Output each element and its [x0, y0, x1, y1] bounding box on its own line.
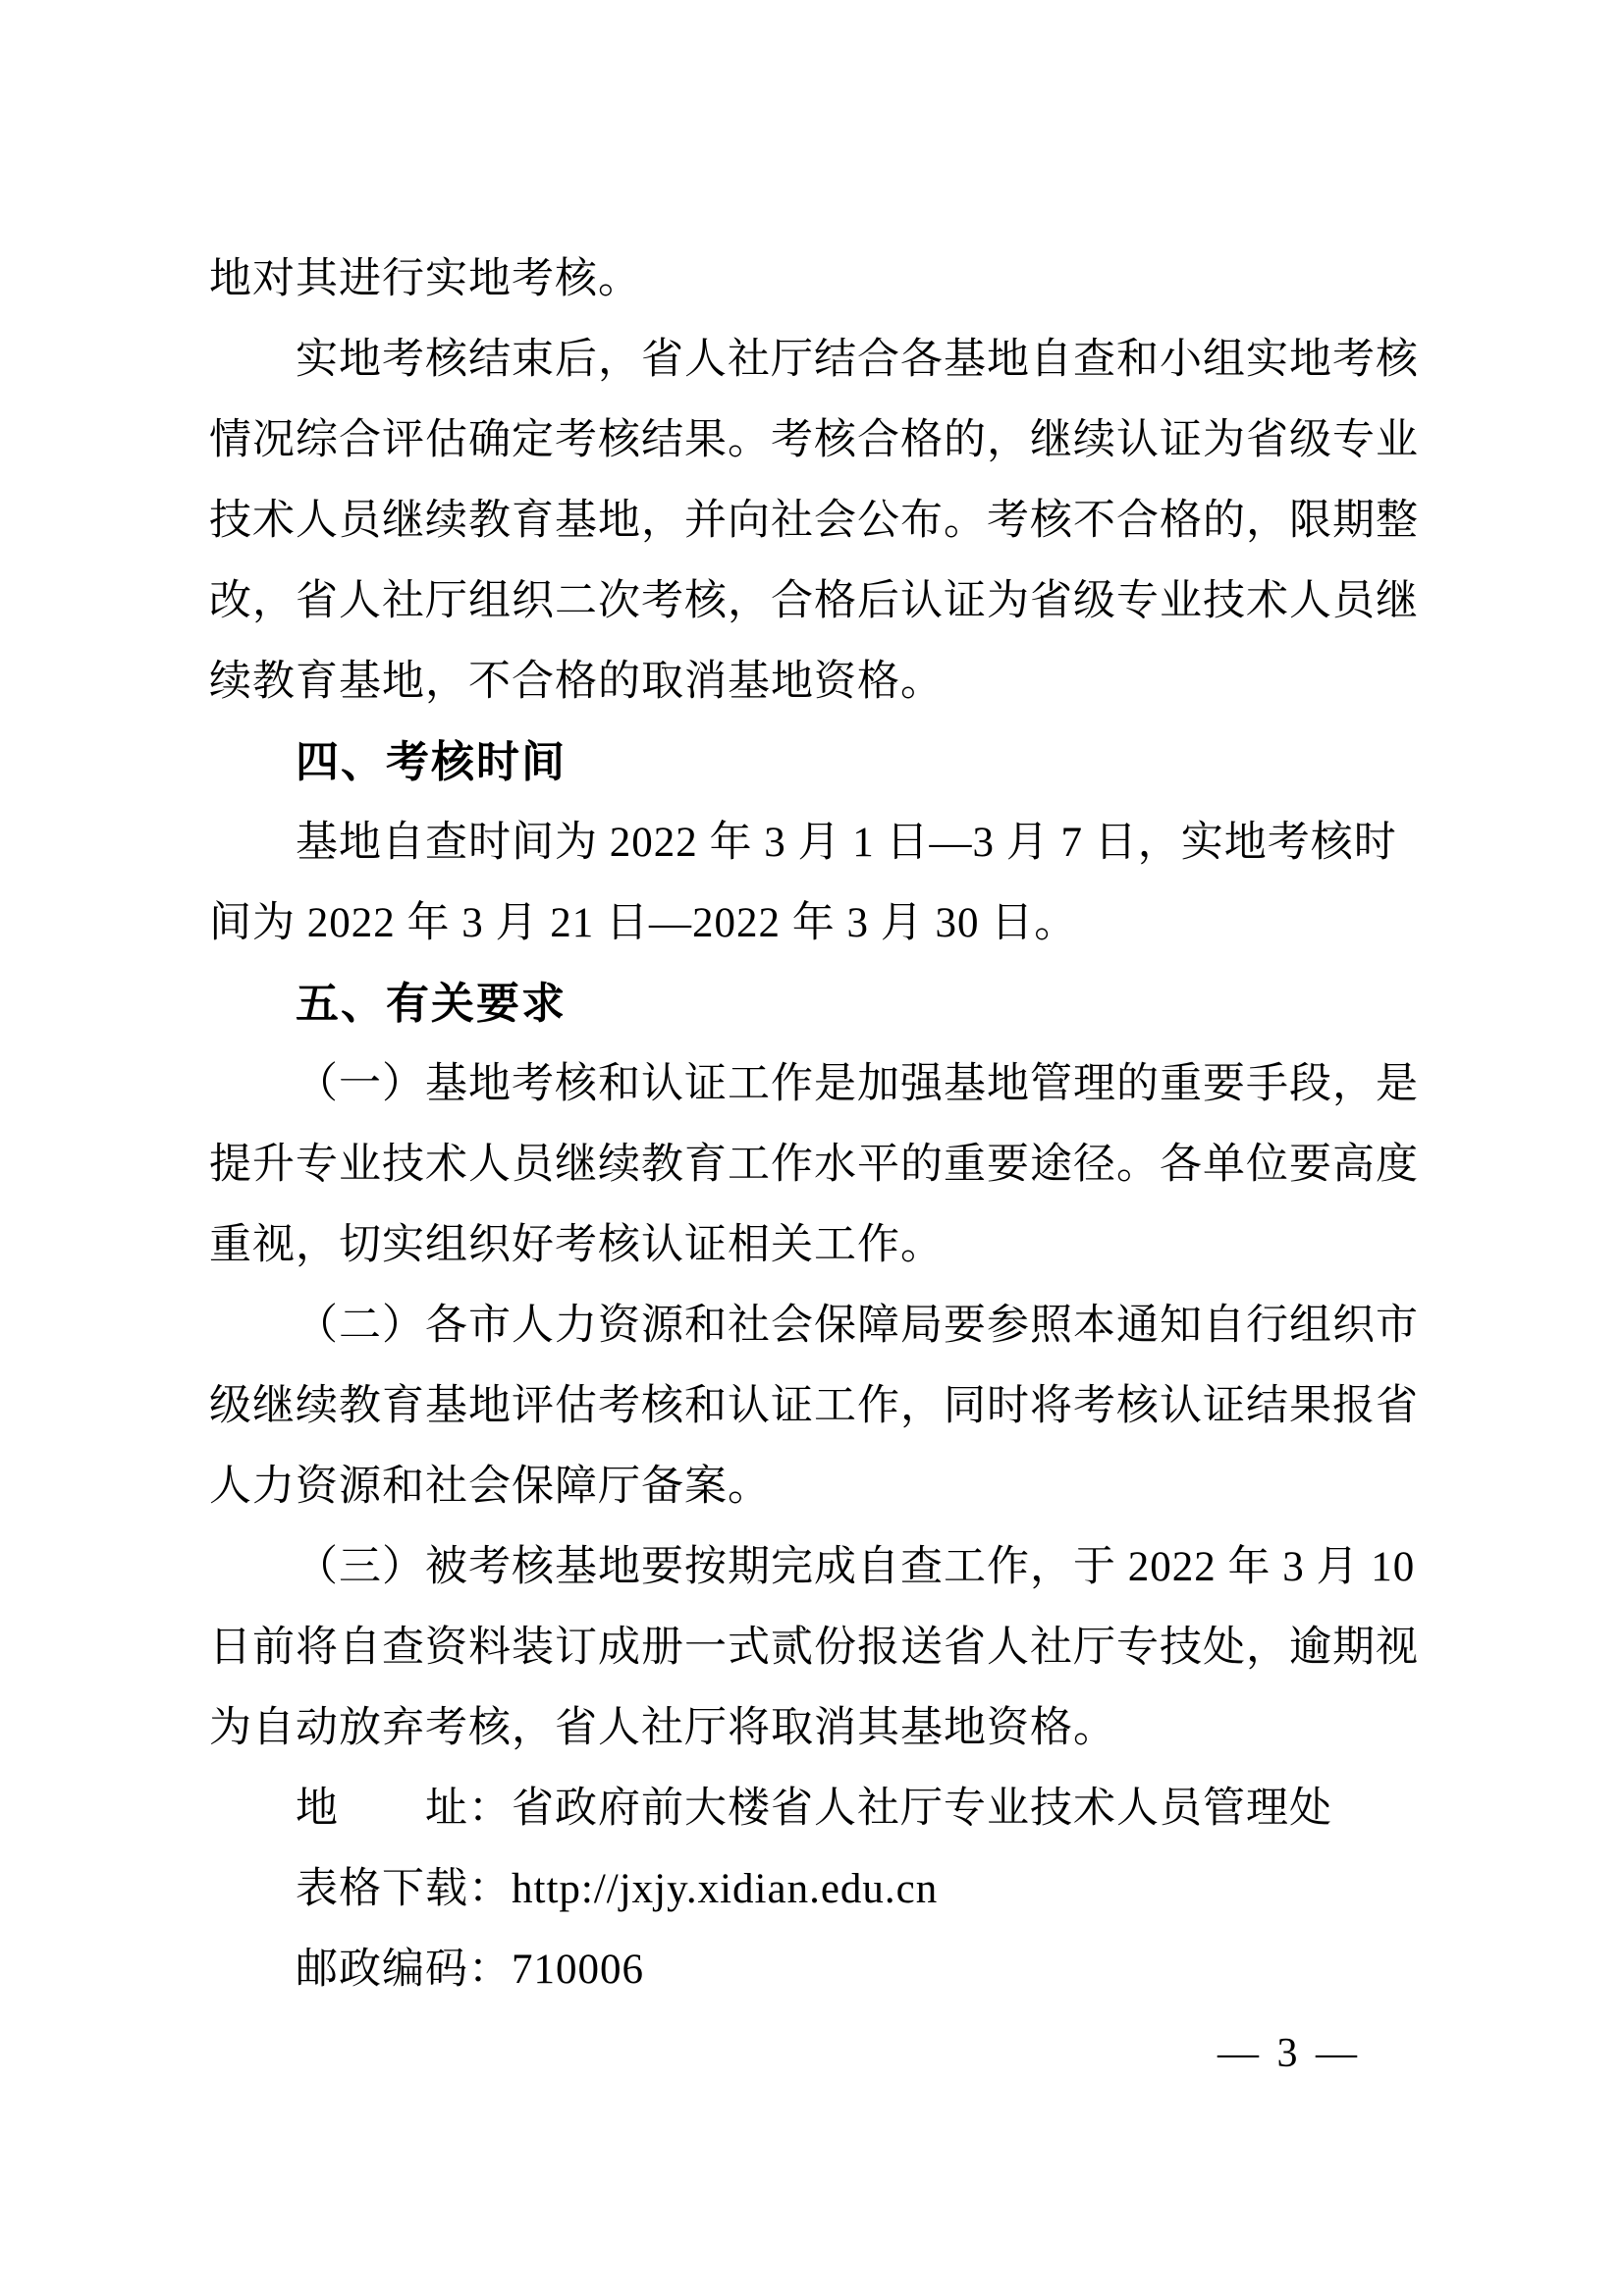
- text-line: 为自动放弃考核，省人社厅将取消其基地资格。: [209, 1688, 1486, 1769]
- section-heading-4: 四、考核时间: [209, 722, 1486, 803]
- address-line: 地 址：省政府前大楼省人社厅专业技术人员管理处: [209, 1769, 1486, 1849]
- document-body: 地对其进行实地考核。 实地考核结束后，省人社厅结合各基地自查和小组实地考核 情况…: [209, 240, 1486, 2010]
- section-heading-5: 五、有关要求: [209, 964, 1486, 1044]
- text-line: 基地自查时间为 2022 年 3 月 1 日—3 月 7 日，实地考核时: [209, 803, 1486, 883]
- text-line: 地对其进行实地考核。: [209, 240, 1486, 320]
- text-line: 改，省人社厅组织二次考核，合格后认证为省级专业技术人员继: [209, 561, 1486, 642]
- text-line: （二）各市人力资源和社会保障局要参照本通知自行组织市: [209, 1286, 1486, 1366]
- text-line: 间为 2022 年 3 月 21 日—2022 年 3 月 30 日。: [209, 883, 1486, 964]
- text-line: 日前将自查资料装订成册一式贰份报送省人社厅专技处，逾期视: [209, 1608, 1486, 1688]
- page-number: — 3 —: [1217, 2030, 1361, 2077]
- text-line: 续教育基地，不合格的取消基地资格。: [209, 642, 1486, 722]
- text-line: 提升专业技术人员继续教育工作水平的重要途径。各单位要高度: [209, 1125, 1486, 1205]
- text-line: 重视，切实组织好考核认证相关工作。: [209, 1205, 1486, 1286]
- text-line: 情况综合评估确定考核结果。考核合格的，继续认证为省级专业: [209, 400, 1486, 481]
- text-line: 技术人员继续教育基地，并向社会公布。考核不合格的，限期整: [209, 481, 1486, 561]
- postal-code-line: 邮政编码：710006: [209, 1930, 1486, 2010]
- text-line: （三）被考核基地要按期完成自查工作，于 2022 年 3 月 10: [209, 1527, 1486, 1608]
- document-page: 地对其进行实地考核。 实地考核结束后，省人社厅结合各基地自查和小组实地考核 情况…: [0, 0, 1623, 2296]
- text-line: 人力资源和社会保障厅备案。: [209, 1447, 1486, 1527]
- text-line: 实地考核结束后，省人社厅结合各基地自查和小组实地考核: [209, 320, 1486, 400]
- text-line: （一）基地考核和认证工作是加强基地管理的重要手段，是: [209, 1044, 1486, 1125]
- text-line: 级继续教育基地评估考核和认证工作，同时将考核认证结果报省: [209, 1366, 1486, 1447]
- form-download-line: 表格下载：http://jxjy.xidian.edu.cn: [209, 1849, 1486, 1930]
